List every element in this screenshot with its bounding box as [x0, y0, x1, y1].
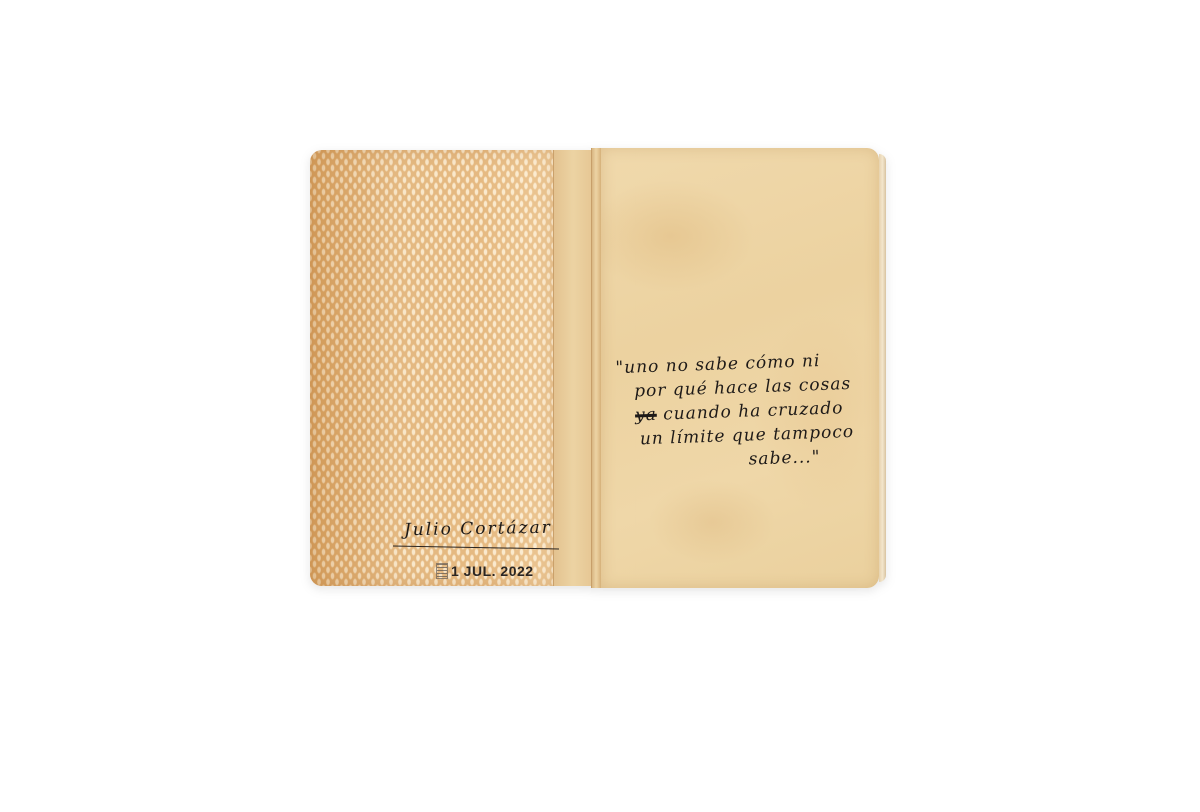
- stamp-mark-icon: [436, 563, 448, 579]
- page-edge: [879, 154, 886, 582]
- inner-flap: [553, 150, 592, 586]
- date-stamp: 1 JUL. 2022: [436, 563, 534, 579]
- struck-word: ya: [635, 405, 657, 426]
- handwritten-quote: "uno no sabe cómo ni por qué hace las co…: [615, 348, 855, 476]
- stamp-date: 1 JUL. 2022: [451, 563, 534, 579]
- signature: Julio Cortázar: [404, 518, 552, 541]
- quote-line-5: sabe...": [748, 444, 855, 472]
